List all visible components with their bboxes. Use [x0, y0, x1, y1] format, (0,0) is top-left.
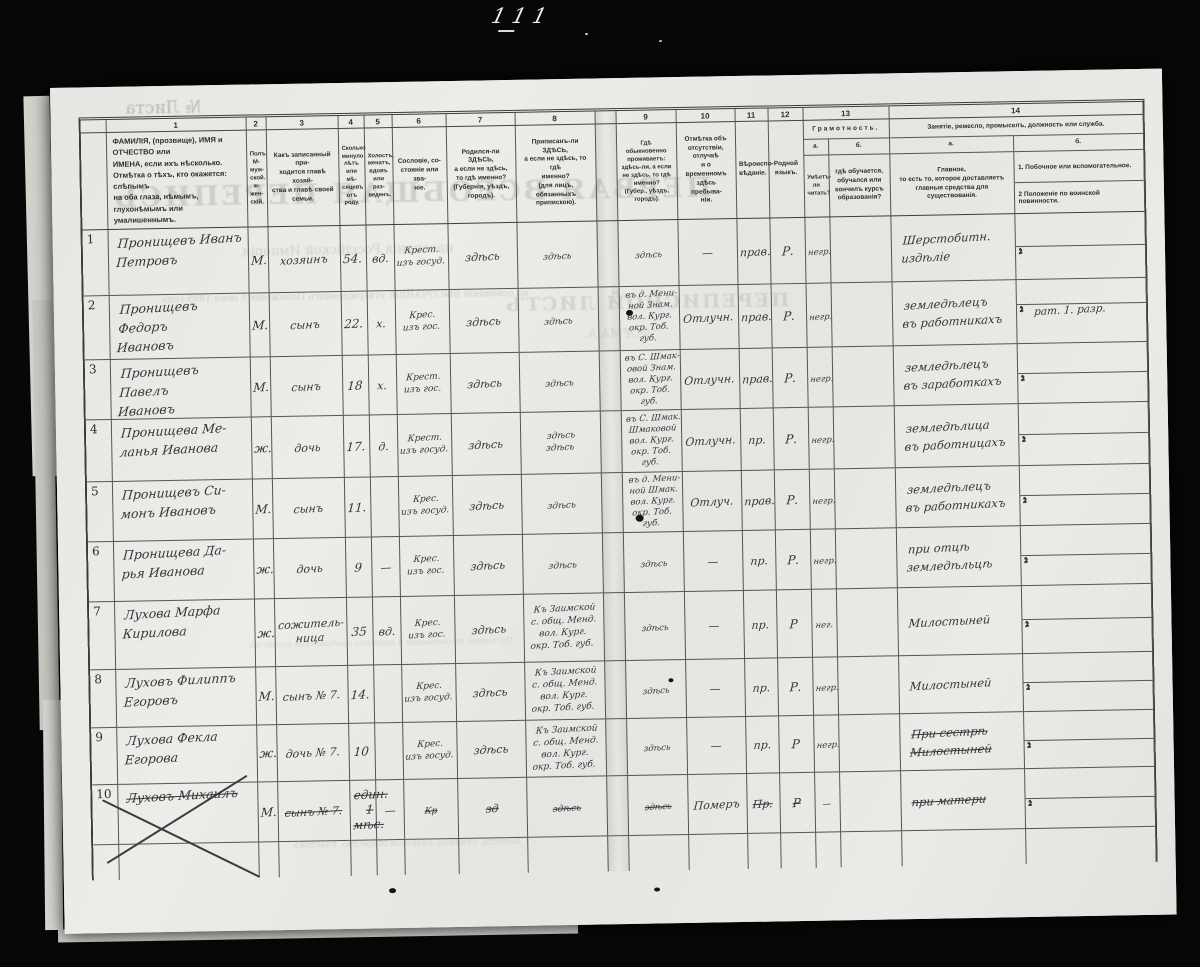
side-side2: 2рат. 1. разр.	[1016, 303, 1145, 318]
ink-blot	[389, 888, 396, 893]
literacy-a-text: Умѣетъ- ли читать?	[803, 155, 829, 217]
side-side1: 1	[1023, 680, 1152, 683]
cell-education	[829, 216, 891, 283]
cell-age: 10	[348, 723, 375, 780]
cell-absence: —	[686, 717, 746, 775]
cell-occupation: при матери	[900, 769, 1025, 831]
cell-marital: вд.	[372, 597, 401, 665]
cell-name: Пронищевъ Федоръ Ивановъ	[109, 293, 250, 359]
cell-side-occupation: 12	[1014, 211, 1145, 279]
cell-num: 8	[90, 670, 116, 728]
cell-born: здѣсь	[452, 475, 522, 536]
cell-occupation: земледѣлецъ въ работникахъ	[895, 466, 1020, 528]
cell-born: здѣсь	[447, 222, 517, 289]
cell-faith: пр.	[740, 408, 774, 471]
cell-language: Р	[779, 773, 815, 834]
cell-gutter	[599, 351, 621, 412]
cell-num: 10	[92, 785, 118, 845]
occupation-b2-text: 2 Положеніе по воинской повинности.	[1014, 181, 1144, 213]
cell-literacy: негр.	[809, 469, 835, 529]
cell-literacy: негр.	[807, 347, 833, 408]
cell-education	[839, 771, 901, 832]
dust-speck	[585, 33, 588, 35]
cell-side-occupation: 12	[1024, 767, 1155, 829]
cell-side-occupation: 12	[1018, 402, 1149, 466]
cell-born: здѣсь	[453, 535, 523, 596]
cell-literacy: негр.	[810, 529, 836, 589]
cell-education	[837, 656, 899, 715]
cell-relation: дочь № 7.	[276, 724, 349, 782]
cell-side-occupation: 12	[1020, 524, 1151, 586]
cell-resides: здѣсь	[617, 220, 678, 287]
cell-side-occupation: 12	[1017, 341, 1148, 404]
scanned-census-photo: { "page_label": "111", "colors": {"paper…	[0, 0, 1200, 967]
cell-absence: —	[685, 659, 745, 718]
cell-resides: въ С. Шмак. Шмаковой вол. Кург. окр. Тоб…	[621, 410, 682, 473]
cell-literacy: негр.	[804, 217, 830, 283]
cell-marital	[374, 723, 403, 780]
cell-age: един. 1 мѣс.	[349, 780, 376, 840]
col-header-faith: Вѣроиспо- вѣданіе.	[735, 121, 770, 219]
cell-name: Лухова Марфа Кирилова	[114, 599, 255, 669]
cell-relation: сожитель- ница	[274, 598, 347, 667]
literacy-b-text: гдѣ обучается, обучался или кончилъ курс…	[828, 154, 890, 217]
cell-gutter	[604, 661, 626, 719]
cell-born: зд	[457, 778, 527, 839]
cell-side-occupation: 12рат. 1. разр.	[1015, 277, 1146, 343]
cell-resides: здѣсь	[623, 532, 684, 593]
cell-occupation: земледѣлецъ въ заработкахъ	[893, 344, 1018, 406]
cell-resides: здѣсь	[624, 592, 685, 661]
side-side1: 1	[1015, 244, 1144, 247]
col-header-marital: Холостъ, женатъ, вдовъ или раз- веденъ.	[364, 128, 394, 225]
cell-education	[836, 588, 898, 657]
cell-side-occupation: 12	[1019, 464, 1150, 526]
cell-relation: дочь	[273, 538, 346, 599]
col-header-name: ФАМИЛІЯ, (прозвище), ИМЯ и ОТЧЕСТВО или …	[106, 130, 248, 229]
literacy-a-label: а.	[803, 139, 828, 156]
cell-literacy: негр.	[808, 407, 834, 469]
cell-language: Р.	[777, 658, 813, 717]
ink-blot	[654, 887, 660, 891]
cell-language: Р.	[771, 283, 807, 348]
side-side1: 1	[1022, 617, 1151, 620]
cell-name: Лухова Фекла Егорова	[116, 725, 257, 784]
cell-name: Пронищевъ Иванъ Петровъ	[107, 227, 248, 295]
cell-marital: х.	[367, 291, 396, 355]
cell-language: Р.	[775, 530, 811, 591]
cell-estate: Крес. изъ госуд.	[402, 722, 457, 780]
side-side1: 1	[1019, 432, 1148, 435]
cell-born: здѣсь	[454, 595, 524, 664]
cell-registered: здѣсь	[519, 351, 600, 413]
cell-occupation: земледѣлица въ работницахъ	[894, 404, 1019, 468]
cell-gutter	[600, 411, 622, 473]
cell-resides: здѣсь	[626, 718, 687, 776]
cell-resides: въ д. Мени- ной Шмак. вол. Кург. окр. То…	[622, 472, 683, 533]
cell-marital: х.	[368, 355, 397, 416]
cell-name: Пронищевъ Павелъ Ивановъ	[110, 357, 251, 420]
cell-language: Р	[776, 590, 812, 659]
cell-education	[835, 528, 897, 589]
cell-sex: М.	[250, 357, 271, 418]
cell-education	[832, 346, 894, 407]
side-side1: 1	[1024, 738, 1153, 741]
occupation-b1-text: 1. Побочное или вспомогательное.	[1014, 150, 1144, 183]
cell-language: Р.	[772, 347, 808, 408]
cell-gutter	[606, 776, 628, 836]
cell-num: 1	[82, 230, 108, 296]
cell-faith: пр.	[744, 658, 778, 717]
cell-age: 9	[345, 537, 372, 597]
cell-faith: пр.	[745, 716, 779, 774]
cell-absence: Померъ	[687, 774, 747, 835]
cell-literacy: негр.	[813, 715, 839, 772]
cell-faith: пр.	[743, 590, 777, 659]
cell-absence: Отлучн.	[679, 285, 739, 350]
cell-sex: М.	[257, 782, 278, 842]
cell-age: 14.	[347, 665, 374, 723]
cell-language: Р.	[774, 470, 810, 531]
cell-sex: ж.	[254, 599, 275, 667]
col-header-rownum	[81, 133, 108, 230]
census-table: 12 345 678 910 1112 1314 ФАМИЛІЯ, (прозв…	[79, 99, 1158, 881]
col-header-absence: Отмѣтка объ отсутствіи, отлучкѣ и о врем…	[676, 122, 737, 220]
col-header-language: Родной языкъ.	[768, 120, 805, 218]
handwritten-page-number: 111	[489, 4, 556, 28]
cell-estate: Кр	[403, 779, 458, 840]
cell-num: 4	[86, 420, 112, 482]
col-header-registered: Приписанъ-ли ЗДѢСЬ, а если не здѣсь, то …	[515, 124, 597, 222]
literacy-b-label: б.	[828, 138, 889, 156]
cell-age: 35	[346, 597, 373, 665]
cell-num: 5	[87, 482, 113, 542]
cell-born: здѣсь	[455, 663, 525, 722]
cell-sex: М.	[247, 227, 268, 293]
cell-num: 7	[89, 602, 115, 670]
cell-age: 18	[342, 355, 369, 416]
cell-estate: Крест. изъ гос.	[396, 354, 451, 415]
side-side1: 1	[1020, 493, 1149, 496]
cell-age: 11.	[344, 477, 371, 537]
side-side1: 1	[1021, 553, 1150, 556]
cell-faith: прав.	[741, 470, 775, 531]
cell-relation: сынъ	[272, 478, 345, 539]
cell-num: 2	[84, 296, 110, 360]
col-header-relation: Какъ записанный при- ходится главѣ хозяй…	[266, 128, 340, 226]
cell-side-occupation: 12	[1022, 652, 1153, 712]
cell-estate: Крес. изъ гос.	[395, 290, 450, 355]
cell-literacy: —	[814, 772, 840, 832]
binding-gutter	[595, 124, 618, 221]
cell-resides: въ С. Шмак- овой Знам. вол. Кург. окр. Т…	[620, 350, 681, 411]
cell-resides: здѣсь	[627, 775, 688, 836]
cell-age: 22.	[341, 291, 368, 355]
cell-literacy: нег.	[811, 589, 837, 657]
cell-relation: хозяинъ	[267, 225, 340, 292]
cell-sex: ж.	[251, 417, 272, 479]
col-header-age: Сколько минуло лѣтъ или мѣ- сяцевъ отъ р…	[338, 128, 366, 225]
cell-language: Р.	[773, 408, 809, 471]
cell-relation: сынъ № 7.	[275, 666, 348, 725]
cell-registered: здѣсь здѣсь	[520, 411, 601, 474]
cell-relation: дочь	[271, 416, 344, 479]
cell-born: здѣсь	[450, 352, 520, 413]
cell-faith: прав.	[736, 218, 770, 285]
document-page: № Листа ПЕРВАЯ ВСЕОБЩАЯ ПЕРЕПИСЬ населен…	[50, 69, 1177, 934]
cell-sex: М.	[255, 667, 276, 725]
cell-registered: Къ Заимской с. общ. Менд. вол. Кург. окр…	[523, 593, 604, 662]
side-side1: 1	[1025, 796, 1154, 799]
cell-name: Пронищевъ Си- монъ Ивановъ	[112, 479, 253, 541]
cell-born: здѣсь	[449, 288, 519, 353]
cell-resides: въ д. Мени- ной Знам. вол. Кург. окр. То…	[619, 286, 680, 351]
cell-occupation: При сестрѣ Милостыней	[899, 712, 1024, 771]
page-number-underline	[498, 30, 514, 32]
cell-faith: Пр.	[746, 773, 780, 834]
cell-gutter	[602, 533, 624, 593]
cell-estate: Крест. изъ госуд.	[393, 224, 448, 291]
cell-absence: Отлуч.	[682, 471, 742, 532]
cell-gutter	[598, 287, 620, 351]
cell-age: 54.	[339, 225, 366, 291]
col-header-sex: Полъ. М-муж- ской. ж-жен- скій.	[246, 130, 268, 227]
cell-faith: прав.	[739, 348, 773, 409]
cell-marital: д.	[369, 415, 398, 477]
cell-absence: —	[684, 591, 744, 660]
col-header-resides: Гдѣ обыкновенно проживаетъ: здѣсь-ли, а …	[616, 123, 678, 221]
side-side1: 1	[1018, 371, 1147, 374]
cell-literacy: негр.	[812, 657, 838, 715]
cell-sex: М.	[249, 293, 270, 357]
cell-absence: Отлучн.	[680, 349, 740, 410]
cell-estate: Крес. изъ госуд.	[398, 476, 453, 537]
cell-name: Пронищева Да- рья Иванова	[113, 539, 254, 601]
cell-relation: сынъ	[270, 355, 343, 416]
cell-registered: здѣсь	[522, 533, 603, 594]
cell-education	[838, 714, 900, 772]
cell-relation: сынъ № 7.	[277, 781, 350, 842]
cell-gutter	[605, 719, 627, 776]
cell-side-occupation: 12	[1023, 710, 1154, 769]
cell-language: Р	[778, 716, 814, 774]
cell-estate: Крес. изъ гос.	[400, 596, 455, 665]
cell-gutter	[596, 221, 618, 287]
cell-marital: —	[371, 537, 400, 597]
cell-age: 17.	[343, 415, 370, 477]
cell-occupation: Шерстобитн. издѣліе	[890, 214, 1015, 282]
cell-occupation: Милостыней	[897, 586, 1022, 656]
cell-gutter	[601, 473, 623, 533]
cell-occupation: Милостыней	[898, 654, 1023, 714]
cell-sex: ж.	[256, 725, 277, 782]
cell-relation: сынъ	[269, 291, 342, 356]
page-stack-edge	[43, 700, 63, 930]
cell-registered: здѣсь	[526, 776, 607, 837]
col-header-estate: Сословіе, со- стояніе или зва- ніе.	[392, 127, 448, 225]
cell-literacy: негр.	[806, 283, 832, 347]
cell-education	[831, 282, 893, 347]
cell-born: здѣсь	[456, 721, 526, 779]
cell-marital	[370, 477, 399, 537]
cell-registered: здѣсь	[518, 287, 599, 352]
cell-estate: Крест. изъ госуд.	[397, 414, 452, 477]
cell-registered: здѣсь	[521, 473, 602, 534]
cell-name: Пронищева Ме- ланья Иванова	[111, 417, 252, 481]
cell-language: Р.	[769, 217, 805, 284]
cell-estate: Крес. изъ гос.	[399, 536, 454, 597]
col-header-born: Родился-ли ЗДѢСЬ, а если не здѣсь, то гд…	[446, 125, 517, 223]
cell-registered: Къ Заимской с. общ. Менд. вол. Кург. окр…	[525, 719, 606, 777]
col-header-literacy-title: Грамотность.	[803, 119, 889, 139]
cell-education	[833, 406, 895, 469]
cell-name: Луховъ Филиппъ Егоровъ	[115, 667, 256, 727]
cell-resides: здѣсь	[625, 660, 686, 719]
cell-born: здѣсь	[451, 413, 521, 476]
cell-faith: прав.	[738, 284, 772, 349]
dust-speck	[659, 40, 662, 42]
cell-estate: Крес. изъ госуд.	[401, 664, 456, 723]
cell-occupation: при отцѣ земледѣльцѣ	[896, 526, 1021, 588]
cell-sex: ж.	[253, 539, 274, 599]
cell-num: 9	[91, 728, 117, 785]
cell-registered: здѣсь	[516, 221, 597, 288]
cell-num: 3	[85, 359, 111, 420]
cell-absence: —	[677, 219, 737, 286]
cell-registered: Къ Заимской с. общ. Менд. вол. Кург. окр…	[524, 661, 605, 720]
cell-education	[834, 468, 896, 529]
cell-faith: пр.	[742, 530, 776, 591]
cell-num: 6	[88, 542, 114, 602]
cell-marital	[373, 665, 402, 723]
cell-absence: Отлучн.	[681, 409, 741, 472]
cell-occupation: земледѣлецъ въ работникахъ	[892, 280, 1017, 346]
cell-marital: вд.	[365, 225, 394, 291]
cell-gutter	[603, 593, 625, 661]
cell-absence: —	[683, 531, 743, 592]
cell-sex: М.	[252, 479, 273, 539]
occupation-a-text: Главное, то есть то, которое доставляетъ…	[889, 152, 1014, 216]
cell-side-occupation: 12	[1021, 584, 1152, 654]
